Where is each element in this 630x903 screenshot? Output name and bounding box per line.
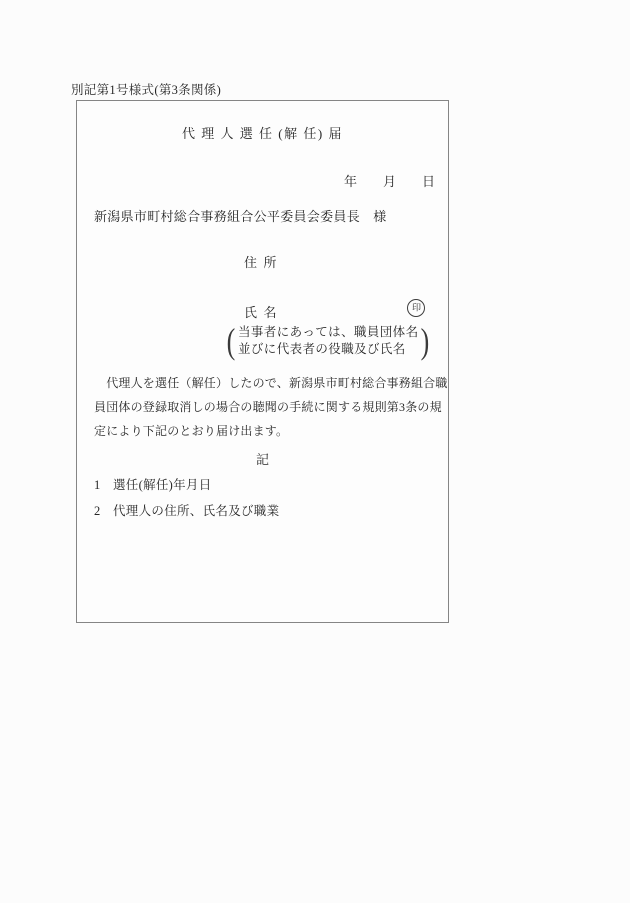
form-title: 代 理 人 選 任 (解 任) 届 — [77, 123, 448, 142]
list-item-1: 1 選任(解任)年月日 — [94, 472, 279, 498]
addressee-line: 新潟県市町村総合事務組合公平委員会委員長 様 — [94, 206, 387, 225]
body-line-1: 代理人を選任（解任）したので、新潟県市町村総合事務組合職 — [94, 371, 442, 395]
item-number: 1 — [94, 472, 113, 498]
list-item-2: 2 代理人の住所、氏名及び職業 — [94, 498, 279, 524]
form-border-box: 代 理 人 選 任 (解 任) 届 年 月 日 新潟県市町村総合事務組合公平委員… — [76, 100, 449, 623]
body-paragraph: 代理人を選任（解任）したので、新潟県市町村総合事務組合職 員団体の登録取消しの場… — [94, 371, 442, 443]
body-line-3: 定により下記のとおり届け出ます。 — [94, 419, 442, 443]
name-annotation-note: ( 当事者にあっては、職員団体名 並びに代表者の役職及び氏名 ) — [225, 322, 431, 360]
note-close-paren: ) — [421, 322, 430, 360]
item-text: 選任(解任)年月日 — [113, 472, 212, 498]
item-list: 1 選任(解任)年月日 2 代理人の住所、氏名及び職業 — [94, 472, 279, 524]
note-line-2: 並びに代表者の役職及び氏名 — [238, 341, 418, 358]
name-label: 氏 名 — [244, 302, 277, 321]
note-open-paren: ( — [227, 322, 236, 360]
item-number: 2 — [94, 498, 113, 524]
note-line-1: 当事者にあっては、職員団体名 — [238, 324, 418, 341]
body-line-2: 員団体の登録取消しの場合の聴聞の手続に関する規則第3条の規 — [94, 395, 442, 419]
document-page: 別記第1号様式(第3条関係) 代 理 人 選 任 (解 任) 届 年 月 日 新… — [0, 0, 630, 903]
record-heading: 記 — [77, 452, 448, 467]
note-text: 当事者にあっては、職員団体名 並びに代表者の役職及び氏名 — [238, 324, 418, 358]
item-text: 代理人の住所、氏名及び職業 — [113, 498, 279, 524]
form-number-label: 別記第1号様式(第3条関係) — [71, 80, 221, 98]
seal-text: 印 — [411, 303, 420, 312]
date-line: 年 月 日 — [344, 171, 435, 190]
seal-mark-icon: 印 — [407, 299, 425, 317]
address-label: 住 所 — [244, 252, 277, 271]
